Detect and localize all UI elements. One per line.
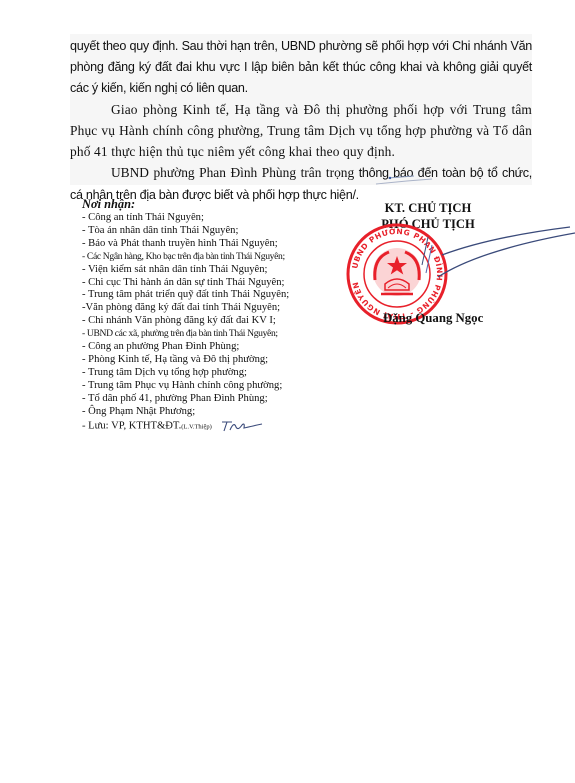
pen-tick-icon <box>374 172 434 186</box>
signer-authority: KT. CHỦ TỊCH <box>358 200 498 216</box>
closing-lead: UBND phường Phan Đình Phùng trân trọng <box>111 165 359 180</box>
recipient-item: - Các Ngân hàng, Kho bạc trên địa bàn tỉ… <box>82 251 342 264</box>
recipient-item: - Chi nhánh Văn phòng đăng ký đất đai KV… <box>82 315 342 328</box>
paragraph-deadline: quyết theo quy định. Sau thời hạn trên, … <box>70 36 532 99</box>
recipient-item: - Công an tỉnh Thái Nguyên; <box>82 212 342 225</box>
drafter-note: (L.V.Thiệp) <box>181 423 212 430</box>
recipient-item: -Văn phòng đăng ký đất đai tỉnh Thái Ngu… <box>82 302 342 315</box>
recipient-item: - Ông Phạm Nhật Phương; <box>82 406 342 419</box>
paragraph-assignment: Giao phòng Kinh tế, Hạ tầng và Đô thị ph… <box>70 99 532 162</box>
recipient-item: - UBND các xã, phường trên địa bàn tỉnh … <box>82 328 342 341</box>
signer-name: Đặng Quang Ngọc <box>383 311 483 326</box>
recipient-item: - Tòa án nhân dân tỉnh Thái Nguyên; <box>82 225 342 238</box>
recipient-item: - Trung tâm phát triển quỹ đất tỉnh Thái… <box>82 289 342 302</box>
archive-label: - Lưu: VP, KTHT&ĐT. <box>82 420 181 431</box>
recipient-item: - Báo và Phát thanh truyền hình Thái Ngu… <box>82 238 342 251</box>
recipient-item: - Trung tâm Phục vụ Hành chính công phườ… <box>82 380 342 393</box>
recipient-item-archive: - Lưu: VP, KTHT&ĐT.(L.V.Thiệp) <box>82 419 342 434</box>
recipients-section: Nơi nhận: - Công an tỉnh Thái Nguyên; - … <box>82 197 342 434</box>
handwritten-signature-icon <box>420 225 575 300</box>
recipients-title: Nơi nhận: <box>82 197 342 212</box>
recipient-item: - Phòng Kinh tế, Hạ tầng và Đô thị phườn… <box>82 354 342 367</box>
recipient-item: - Viện kiểm sát nhân dân tỉnh Thái Nguyê… <box>82 264 342 277</box>
recipient-item: - Trung tâm Dịch vụ tổng hợp phường; <box>82 367 342 380</box>
recipients-list: - Công an tỉnh Thái Nguyên; - Tòa án nhâ… <box>82 212 342 434</box>
recipient-item: - Tổ dân phố 41, phường Phan Đình Phùng; <box>82 393 342 406</box>
recipient-item: - Chi cục Thi hành án dân sự tỉnh Thái N… <box>82 277 342 290</box>
initial-signature-icon <box>218 419 264 433</box>
recipient-item: - Công an phường Phan Đình Phùng; <box>82 341 342 354</box>
